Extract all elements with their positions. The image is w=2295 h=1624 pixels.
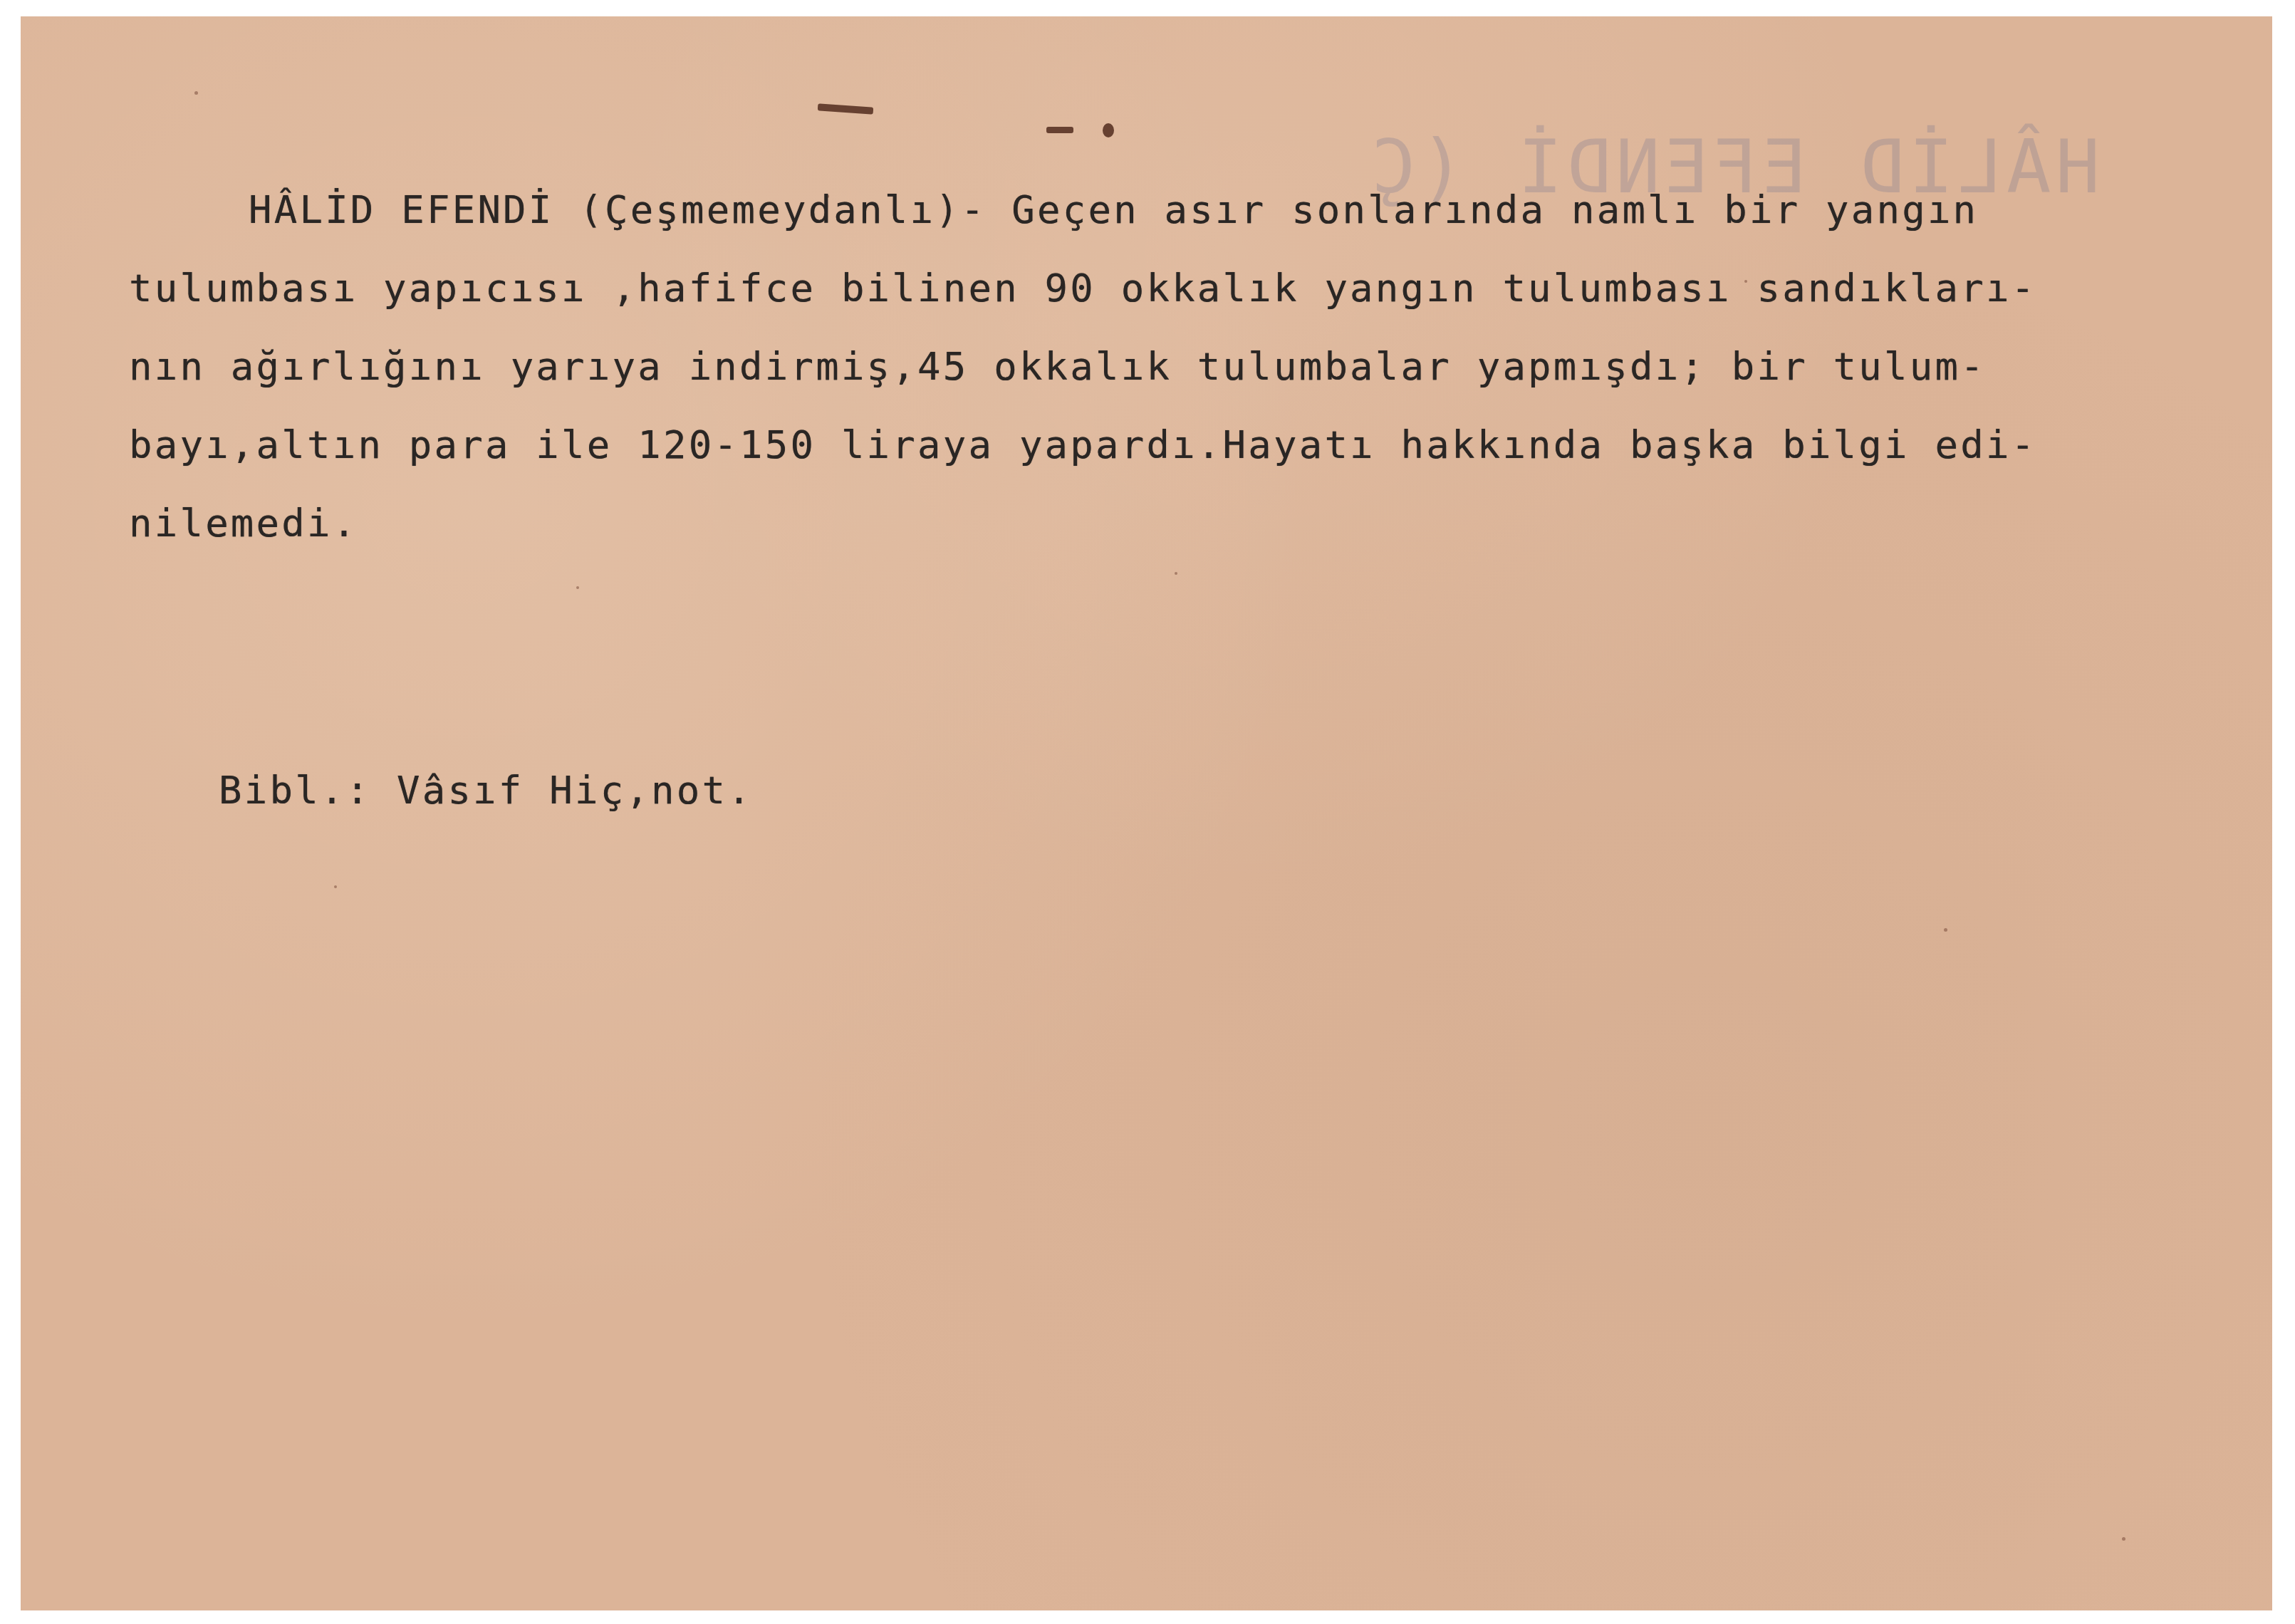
paper-speck bbox=[2122, 1537, 2125, 1541]
entry-line-1: HÂLİD EFENDİ (Çeşmemeydanlı)- Geçen asır… bbox=[249, 187, 1978, 232]
paper-speck bbox=[1944, 928, 1947, 932]
paper-speck bbox=[576, 586, 579, 589]
index-card: HÂLİD EFENDİ (Ç HÂLİD EFENDİ (Çeşmemeyda… bbox=[21, 16, 2272, 1610]
bibliography-line: Bibl.: Vâsıf Hiç,not. bbox=[219, 768, 753, 813]
paper-speck bbox=[1175, 572, 1177, 575]
entry-line-3: nın ağırlığını yarıya indirmiş,45 okkalı… bbox=[129, 344, 1986, 389]
paper-speck bbox=[194, 91, 198, 95]
paper-speck bbox=[334, 885, 337, 888]
staple-hole-left bbox=[818, 103, 874, 114]
entry-line-2: tulumbası yapıcısı ,hafifce bilinen 90 o… bbox=[129, 266, 2036, 311]
staple-hole-right bbox=[1046, 127, 1073, 133]
entry-line-4: bayı,altın para ile 120-150 liraya yapar… bbox=[129, 422, 2036, 467]
staple-hole-dot bbox=[1103, 123, 1114, 137]
entry-line-5: nilemedi. bbox=[129, 501, 358, 546]
